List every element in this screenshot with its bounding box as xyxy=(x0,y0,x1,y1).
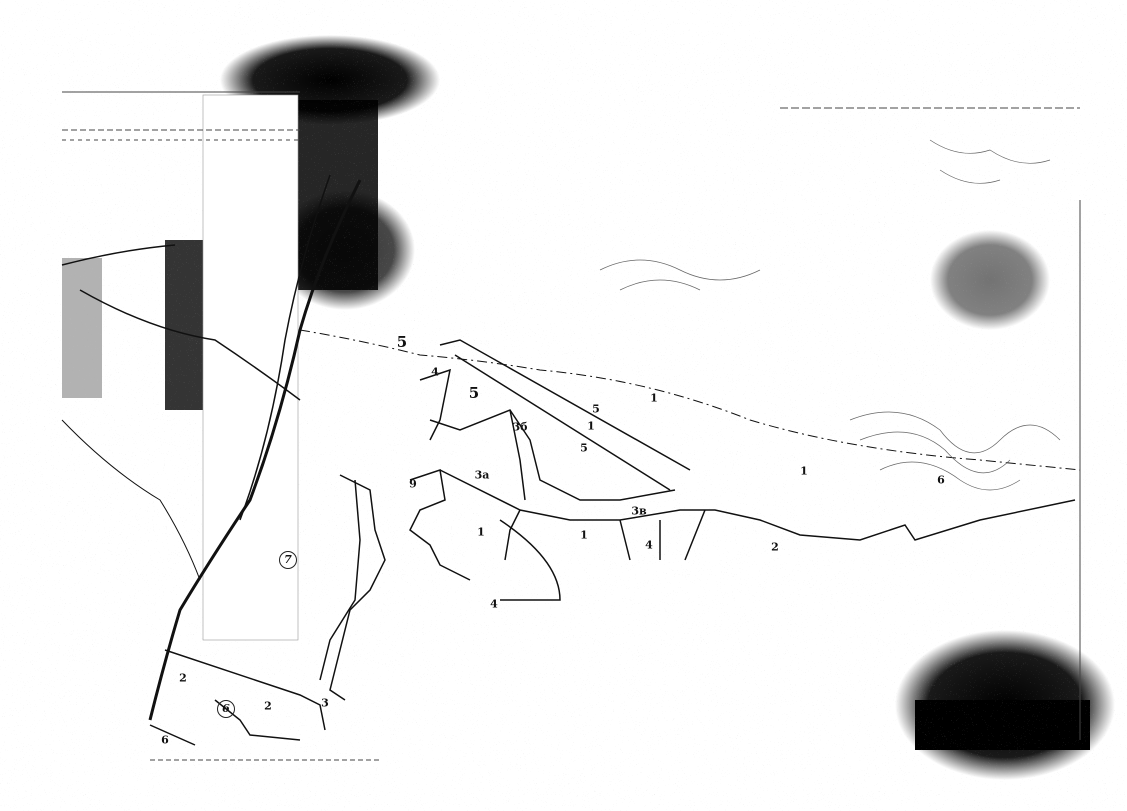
zone-label: 3 xyxy=(321,697,329,710)
zone-label: 3a xyxy=(475,469,490,482)
zone-label-circled: 6 xyxy=(217,700,235,718)
zone-label: 1 xyxy=(650,392,658,405)
zone-label: 5 xyxy=(469,384,479,402)
zone-label: 1 xyxy=(587,420,595,433)
scan-artifacts xyxy=(0,0,1127,811)
zone-label: 1 xyxy=(800,465,808,478)
zone-label-circled: 7 xyxy=(279,551,297,569)
zone-label: 4 xyxy=(645,539,653,552)
zone-label: 6 xyxy=(161,734,169,747)
zone-label: 5 xyxy=(397,333,407,351)
zone-label: 3в xyxy=(631,505,646,518)
zone-label: 4 xyxy=(431,366,439,379)
zone-label: 3б xyxy=(513,421,528,434)
zoning-map xyxy=(0,0,1127,811)
zone-label: 2 xyxy=(264,700,272,713)
zone-label: 1 xyxy=(580,529,588,542)
zone-label: 2 xyxy=(771,541,779,554)
zone-label: 4 xyxy=(490,598,498,611)
zone-label: 9 xyxy=(409,478,417,491)
zone-label: 5 xyxy=(580,442,588,455)
zone-label: 1 xyxy=(477,526,485,539)
zone-label: 5 xyxy=(592,403,600,416)
zone-label: 6 xyxy=(937,474,945,487)
zone-label: 2 xyxy=(179,672,187,685)
